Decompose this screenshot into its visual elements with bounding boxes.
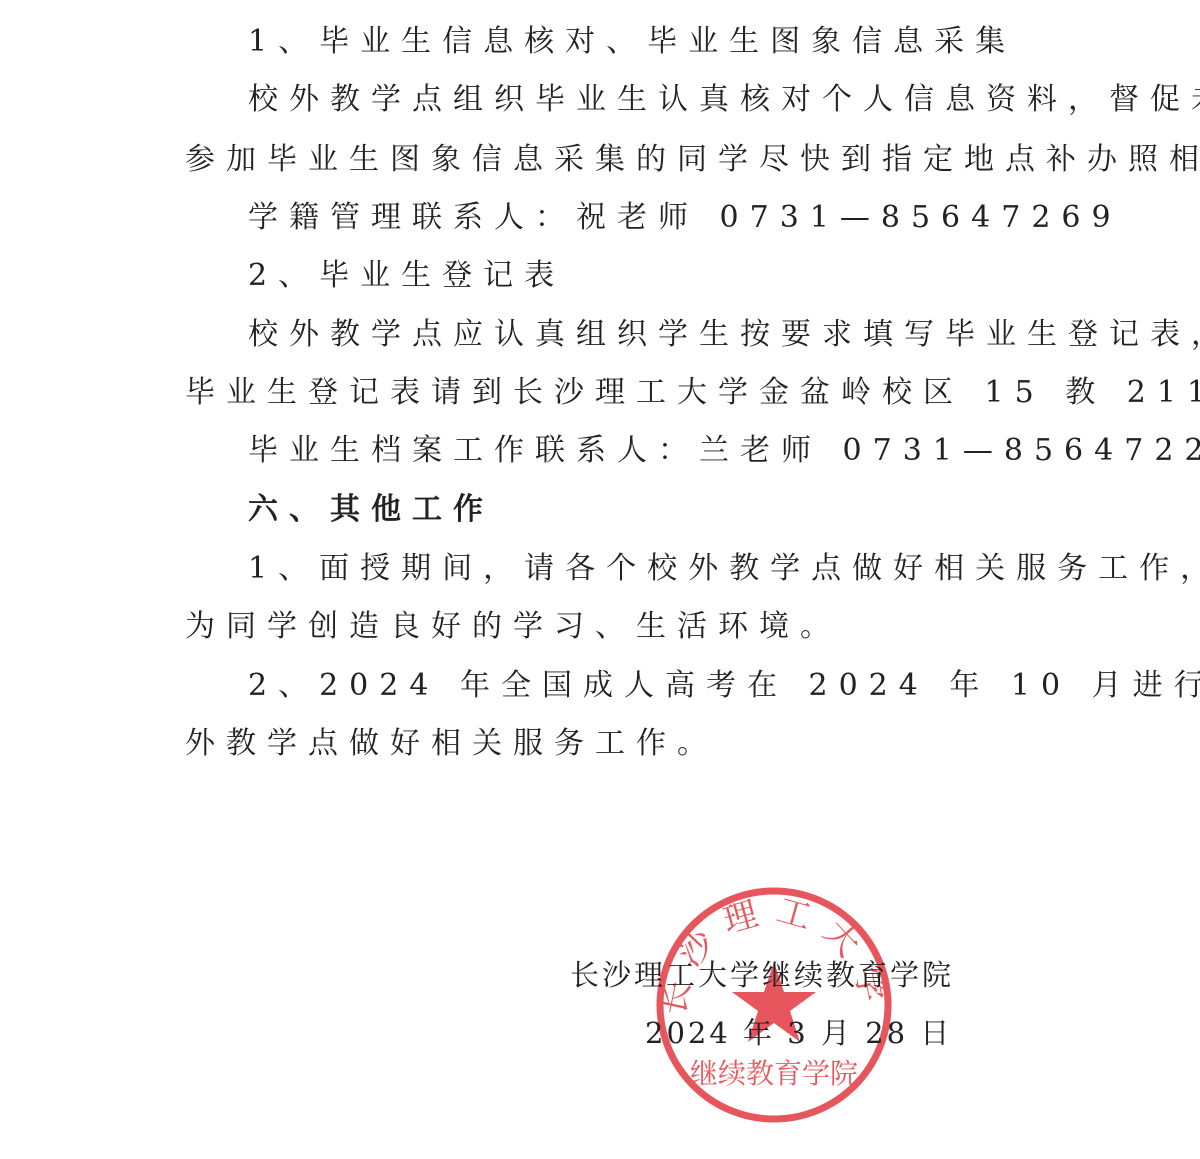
paragraph-text: 外教学点做好相关服务工作。 bbox=[185, 724, 718, 764]
paragraph-heading-graduate-info: 1、毕业生信息核对、毕业生图象信息采集 bbox=[248, 22, 1016, 62]
paragraph-text: 校外教学点组织毕业生认真核对个人信息资料，督促未 bbox=[248, 80, 1200, 120]
seal-inner-text: 继续教育学院 bbox=[690, 1057, 858, 1090]
paragraph-text: 2、2024 年全国成人高考在 2024 年 10 月进行，请各校 bbox=[248, 666, 1200, 706]
paragraph-text: 参加毕业生图象信息采集的同学尽快到指定地点补办照相。 bbox=[185, 140, 1200, 180]
section-heading-other-work: 六、其他工作 bbox=[248, 490, 494, 530]
signature-institution: 长沙理工大学继续教育学院 bbox=[570, 955, 954, 995]
paragraph-text: 为同学创造良好的学习、生活环境。 bbox=[185, 607, 841, 647]
contact-student-records: 学籍管理联系人：祝老师 0731—85647269 bbox=[248, 198, 1122, 238]
signature-date: 2024 年 3 月 28 日 bbox=[645, 1013, 952, 1053]
official-seal: 长沙理工大学 继续教育学院 bbox=[650, 880, 900, 1130]
paragraph-text: 毕业生登记表请到长沙理工大学金盆岭校区 15 教 211 领取。 bbox=[185, 373, 1200, 413]
paragraph-text: 校外教学点应认真组织学生按要求填写毕业生登记表， bbox=[248, 315, 1200, 355]
paragraph-text: 1、面授期间，请各个校外教学点做好相关服务工作， bbox=[248, 549, 1200, 589]
contact-graduate-archives: 毕业生档案工作联系人：兰老师 0731—85647225 bbox=[248, 431, 1200, 471]
paragraph-heading-registration-form: 2、毕业生登记表 bbox=[248, 256, 565, 296]
